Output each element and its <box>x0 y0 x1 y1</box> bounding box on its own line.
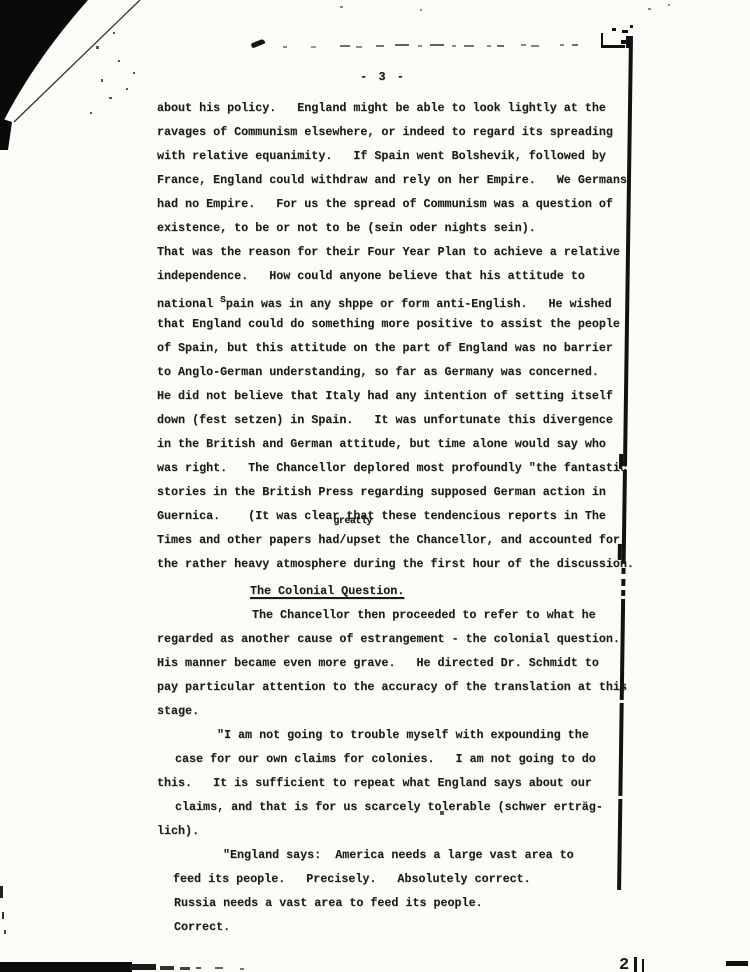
text-line: "I am not going to trouble myself with e… <box>217 723 717 747</box>
text-line: That was the reason for their Four Year … <box>157 240 717 264</box>
text-line: to Anglo-German understanding, so far as… <box>157 360 717 384</box>
text-line: Times and other papers had/upsetgreatly … <box>157 528 717 552</box>
text-line: Russia needs a vast area to feed its peo… <box>174 891 717 915</box>
text-line: with relative equanimity. If Spain went … <box>157 144 717 168</box>
section-heading: The Colonial Question. <box>250 579 717 603</box>
bottom-right-cutoff-bar2 <box>642 959 644 972</box>
text-line: down (fest setzen) in Spain. It was unfo… <box>157 408 717 432</box>
text-line: existence, to be or not to be (sein oder… <box>157 216 717 240</box>
text-line: Guernica. (It was clear that these tende… <box>157 504 717 528</box>
text-line: He did not believe that Italy had any in… <box>157 384 717 408</box>
bottom-left-scan-band <box>0 962 132 972</box>
text-line: ravages of Communism elsewhere, or indee… <box>157 120 717 144</box>
text-line: Correct. <box>174 915 717 939</box>
text-line: stage. <box>157 699 717 723</box>
document-page: - 3 - about his policy. England might be… <box>0 0 750 972</box>
text-line: national Spain was in any shppe or form … <box>157 288 717 312</box>
bottom-right-cutoff-text: 2 <box>619 956 630 972</box>
text-line: was right. The Chancellor deplored most … <box>157 456 717 480</box>
text-line: about his policy. England might be able … <box>157 96 717 120</box>
text-line: had no Empire. For us the spread of Comm… <box>157 192 717 216</box>
text-line: this. It is sufficient to repeat what En… <box>157 771 717 795</box>
page-number: - 3 - <box>360 70 406 84</box>
text-line: claims, and that is for us scarcely tole… <box>175 795 717 819</box>
ink-tick-mark <box>251 39 266 49</box>
text-line: that England could do something more pos… <box>157 312 717 336</box>
bottom-right-cutoff-bar <box>634 957 637 972</box>
scan-speckles <box>90 32 135 114</box>
bottom-right-dash-mark <box>726 961 748 966</box>
text-line: stories in the British Press regarding s… <box>157 480 717 504</box>
text-line: France, England could withdraw and rely … <box>157 168 717 192</box>
text-line: the rather heavy atmosphere during the f… <box>157 552 717 576</box>
text-line: of Spain, but this attitude on the part … <box>157 336 717 360</box>
text-line: The Chancellor then proceeded to refer t… <box>252 603 717 627</box>
text-line: pay particular attention to the accuracy… <box>157 675 717 699</box>
inline-correction: /upsetgreatly <box>339 528 381 552</box>
text-line: lich). <box>157 819 717 843</box>
text-line: independence. How could anyone believe t… <box>157 264 717 288</box>
text-line: feed its people. Precisely. Absolutely c… <box>173 867 717 891</box>
document-text: about his policy. England might be able … <box>157 96 717 939</box>
text-line: His manner became even more grave. He di… <box>157 651 717 675</box>
text-line: in the British and German attitude, but … <box>157 432 717 456</box>
interlinear-insertion: greatly <box>333 517 372 527</box>
text-line: case for our own claims for colonies. I … <box>175 747 717 771</box>
text-line: "England says: America needs a large vas… <box>223 843 717 867</box>
text-line: regarded as another cause of estrangemen… <box>157 627 717 651</box>
